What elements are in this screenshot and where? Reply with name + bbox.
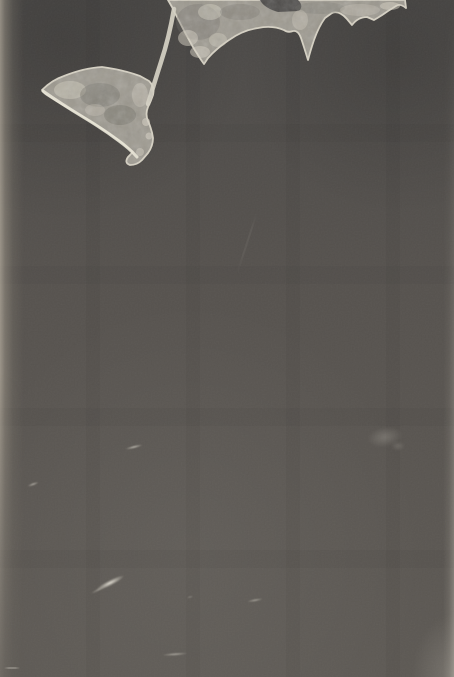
aerial-photograph: [0, 0, 454, 677]
photo-edge-right: [443, 0, 454, 677]
coastline-svg: [0, 0, 454, 677]
film-grain: [0, 0, 454, 677]
photo-edge-left: [0, 0, 24, 677]
photo-corner-glow: [394, 587, 454, 677]
